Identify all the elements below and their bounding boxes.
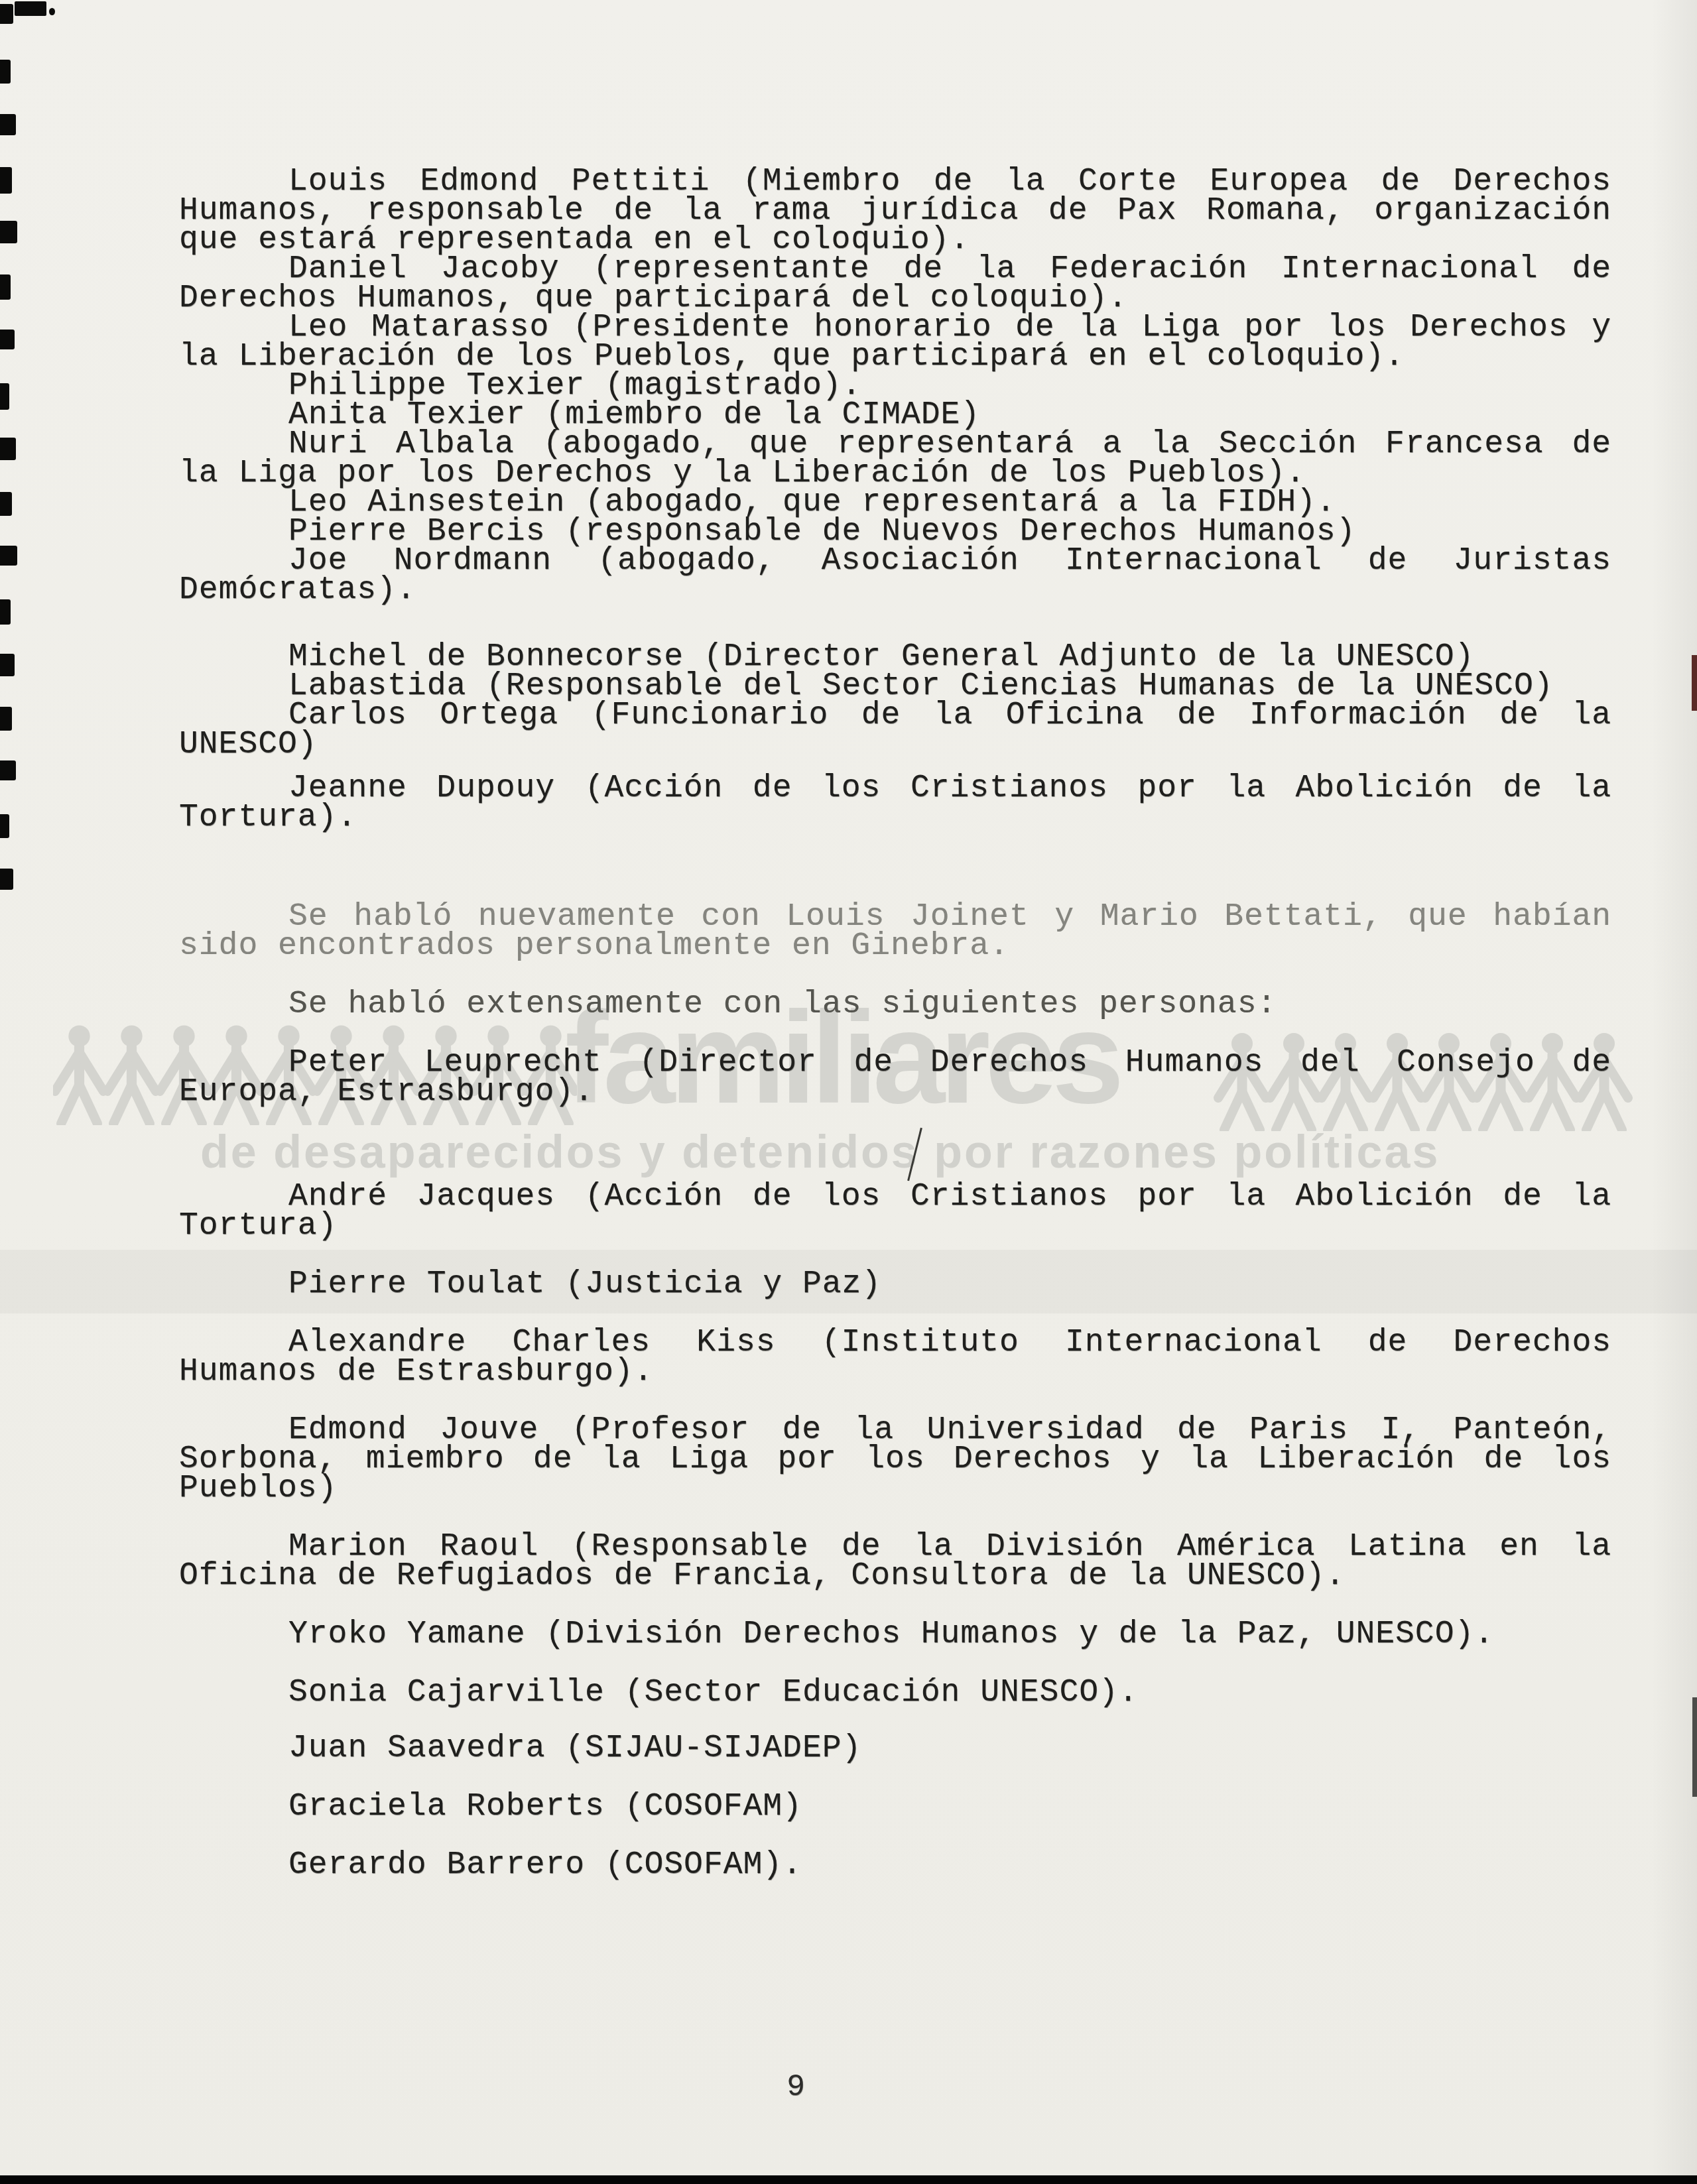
scan-mark — [0, 221, 17, 243]
text-line: Graciela Roberts (COSOFAM) — [179, 1792, 1611, 1821]
p-joe-nordmann: Joe Nordmann (abogado, Asociación Intern… — [179, 546, 1611, 605]
text-line: Philippe Texier (magistrado). — [179, 371, 1611, 400]
text-line: Tortura). — [179, 803, 1611, 832]
scan-mark — [0, 599, 11, 625]
text-line: Peter Leuprecht (Director de Derechos Hu… — [179, 1048, 1611, 1077]
text-line: Louis Edmond Pettiti (Miembro de la Cort… — [179, 167, 1611, 196]
scan-mark — [0, 492, 12, 516]
scan-mark — [0, 654, 15, 676]
scan-mark — [0, 274, 11, 300]
text-line: Se habló nuevamente con Louis Joinet y M… — [179, 902, 1611, 932]
scan-mark — [0, 330, 15, 349]
p-marion-raoul: Marion Raoul (Responsable de la División… — [179, 1532, 1611, 1591]
text-line: Daniel Jacoby (representante de la Feder… — [179, 255, 1611, 284]
scan-mark — [0, 760, 16, 780]
text-line: Tortura) — [179, 1211, 1611, 1241]
scan-mark — [1692, 655, 1697, 711]
scan-mark — [0, 546, 17, 566]
p-michel-de-bonnecorse: Michel de Bonnecorse (Director General A… — [179, 642, 1611, 672]
text-line: Joe Nordmann (abogado, Asociación Intern… — [179, 546, 1611, 576]
text-line: Leo Ainsestein (abogado, que representar… — [179, 488, 1611, 517]
scan-mark — [1692, 1697, 1697, 1797]
text-line: Jeanne Dupouy (Acción de los Cristianos … — [179, 774, 1611, 803]
text-line: Alexandre Charles Kiss (Instituto Intern… — [179, 1328, 1611, 1357]
text-line: Marion Raoul (Responsable de la División… — [179, 1532, 1611, 1561]
text-line: Sorbona, miembro de la Liga por los Dere… — [179, 1445, 1611, 1474]
scan-mark — [0, 814, 9, 838]
text-line: Derechos Humanos, que participará del co… — [179, 284, 1611, 313]
p-philippe-texier: Philippe Texier (magistrado). — [179, 371, 1611, 400]
p-louis-pettiti: Louis Edmond Pettiti (Miembro de la Cort… — [179, 167, 1611, 255]
p-graciela-roberts: Graciela Roberts (COSOFAM) — [179, 1792, 1611, 1821]
scan-mark — [0, 707, 12, 731]
text-line: Carlos Ortega (Funcionario de la Oficina… — [179, 701, 1611, 730]
scan-mark — [0, 114, 16, 135]
text-line: sido encontrados personalmente en Ginebr… — [179, 932, 1611, 961]
scan-mark — [0, 167, 12, 194]
p-pierre-toulat: Pierre Toulat (Justicia y Paz) — [179, 1270, 1611, 1299]
text-line: Nuri Albala (abogado, que representará a… — [179, 430, 1611, 459]
p-labastida: Labastida (Responsable del Sector Cienci… — [179, 672, 1611, 701]
text-line: Europa, Estrasburgo). — [179, 1077, 1611, 1107]
p-jeanne-dupouy: Jeanne Dupouy (Acción de los Cristianos … — [179, 774, 1611, 832]
scan-mark — [0, 438, 16, 460]
p-leo-ainsestein: Leo Ainsestein (abogado, que representar… — [179, 488, 1611, 517]
text-line: André Jacques (Acción de los Cristianos … — [179, 1182, 1611, 1211]
text-line: Edmond Jouve (Profesor de la Universidad… — [179, 1416, 1611, 1445]
text-line: UNESCO) — [179, 730, 1611, 759]
p-edmond-jouve: Edmond Jouve (Profesor de la Universidad… — [179, 1416, 1611, 1503]
scan-mark — [0, 60, 11, 84]
scan-bottom-bar — [0, 2175, 1697, 2184]
scan-mark — [0, 383, 9, 410]
p-se-hablo-extensamente: Se habló extensamente con las siguientes… — [179, 990, 1611, 1019]
text-line: Yroko Yamane (División Derechos Humanos … — [179, 1620, 1611, 1649]
text-line: Pierre Toulat (Justicia y Paz) — [179, 1270, 1611, 1299]
p-yroko-yamane: Yroko Yamane (División Derechos Humanos … — [179, 1620, 1611, 1649]
p-joinet-bettati: Se habló nuevamente con Louis Joinet y M… — [179, 902, 1611, 961]
text-line: Michel de Bonnecorse (Director General A… — [179, 642, 1611, 672]
text-line: Gerardo Barrero (COSOFAM). — [179, 1850, 1611, 1880]
p-andre-jacques: André Jacques (Acción de los Cristianos … — [179, 1182, 1611, 1241]
p-nuri-albala: Nuri Albala (abogado, que representará a… — [179, 430, 1611, 488]
scan-mark — [15, 1, 46, 16]
p-alexandre-kiss: Alexandre Charles Kiss (Instituto Intern… — [179, 1328, 1611, 1386]
text-line: la Liberación de los Pueblos, que partic… — [179, 342, 1611, 371]
scanned-document-page: familiares de desaparecidos y detenidos … — [0, 0, 1697, 2184]
text-line: Oficina de Refugiados de Francia, Consul… — [179, 1561, 1611, 1591]
text-line: Juan Saavedra (SIJAU-SIJADEP) — [179, 1734, 1611, 1763]
p-pierre-bercis: Pierre Bercis (responsable de Nuevos Der… — [179, 517, 1611, 546]
text-line: Pueblos) — [179, 1474, 1611, 1503]
p-leo-matarasso: Leo Matarasso (Presidente honorario de l… — [179, 313, 1611, 371]
typewritten-text: Louis Edmond Pettiti (Miembro de la Cort… — [179, 167, 1611, 1880]
text-line: Demócratas). — [179, 576, 1611, 605]
text-line: Pierre Bercis (responsable de Nuevos Der… — [179, 517, 1611, 546]
text-line: Leo Matarasso (Presidente honorario de l… — [179, 313, 1611, 342]
scan-mark — [49, 8, 55, 15]
text-line: que estará representada en el coloquio). — [179, 225, 1611, 255]
text-line: Anita Texier (miembro de la CIMADE) — [179, 400, 1611, 430]
page-number: 9 — [743, 2070, 849, 2104]
text-line: la Liga por los Derechos y la Liberación… — [179, 459, 1611, 488]
p-anita-texier: Anita Texier (miembro de la CIMADE) — [179, 400, 1611, 430]
p-juan-saavedra: Juan Saavedra (SIJAU-SIJADEP) — [179, 1734, 1611, 1763]
text-line: Sonia Cajarville (Sector Educación UNESC… — [179, 1678, 1611, 1707]
text-line: Labastida (Responsable del Sector Cienci… — [179, 672, 1611, 701]
p-gerardo-barrero: Gerardo Barrero (COSOFAM). — [179, 1850, 1611, 1880]
p-carlos-ortega: Carlos Ortega (Funcionario de la Oficina… — [179, 701, 1611, 759]
text-line: Se habló extensamente con las siguientes… — [179, 990, 1611, 1019]
scan-mark — [0, 4, 13, 24]
p-sonia-cajarville: Sonia Cajarville (Sector Educación UNESC… — [179, 1678, 1611, 1707]
text-line: Humanos de Estrasburgo). — [179, 1357, 1611, 1386]
p-peter-leuprecht: Peter Leuprecht (Director de Derechos Hu… — [179, 1048, 1611, 1107]
scan-mark — [0, 869, 13, 890]
text-line: Humanos, responsable de la rama jurídica… — [179, 196, 1611, 225]
p-daniel-jacoby: Daniel Jacoby (representante de la Feder… — [179, 255, 1611, 313]
